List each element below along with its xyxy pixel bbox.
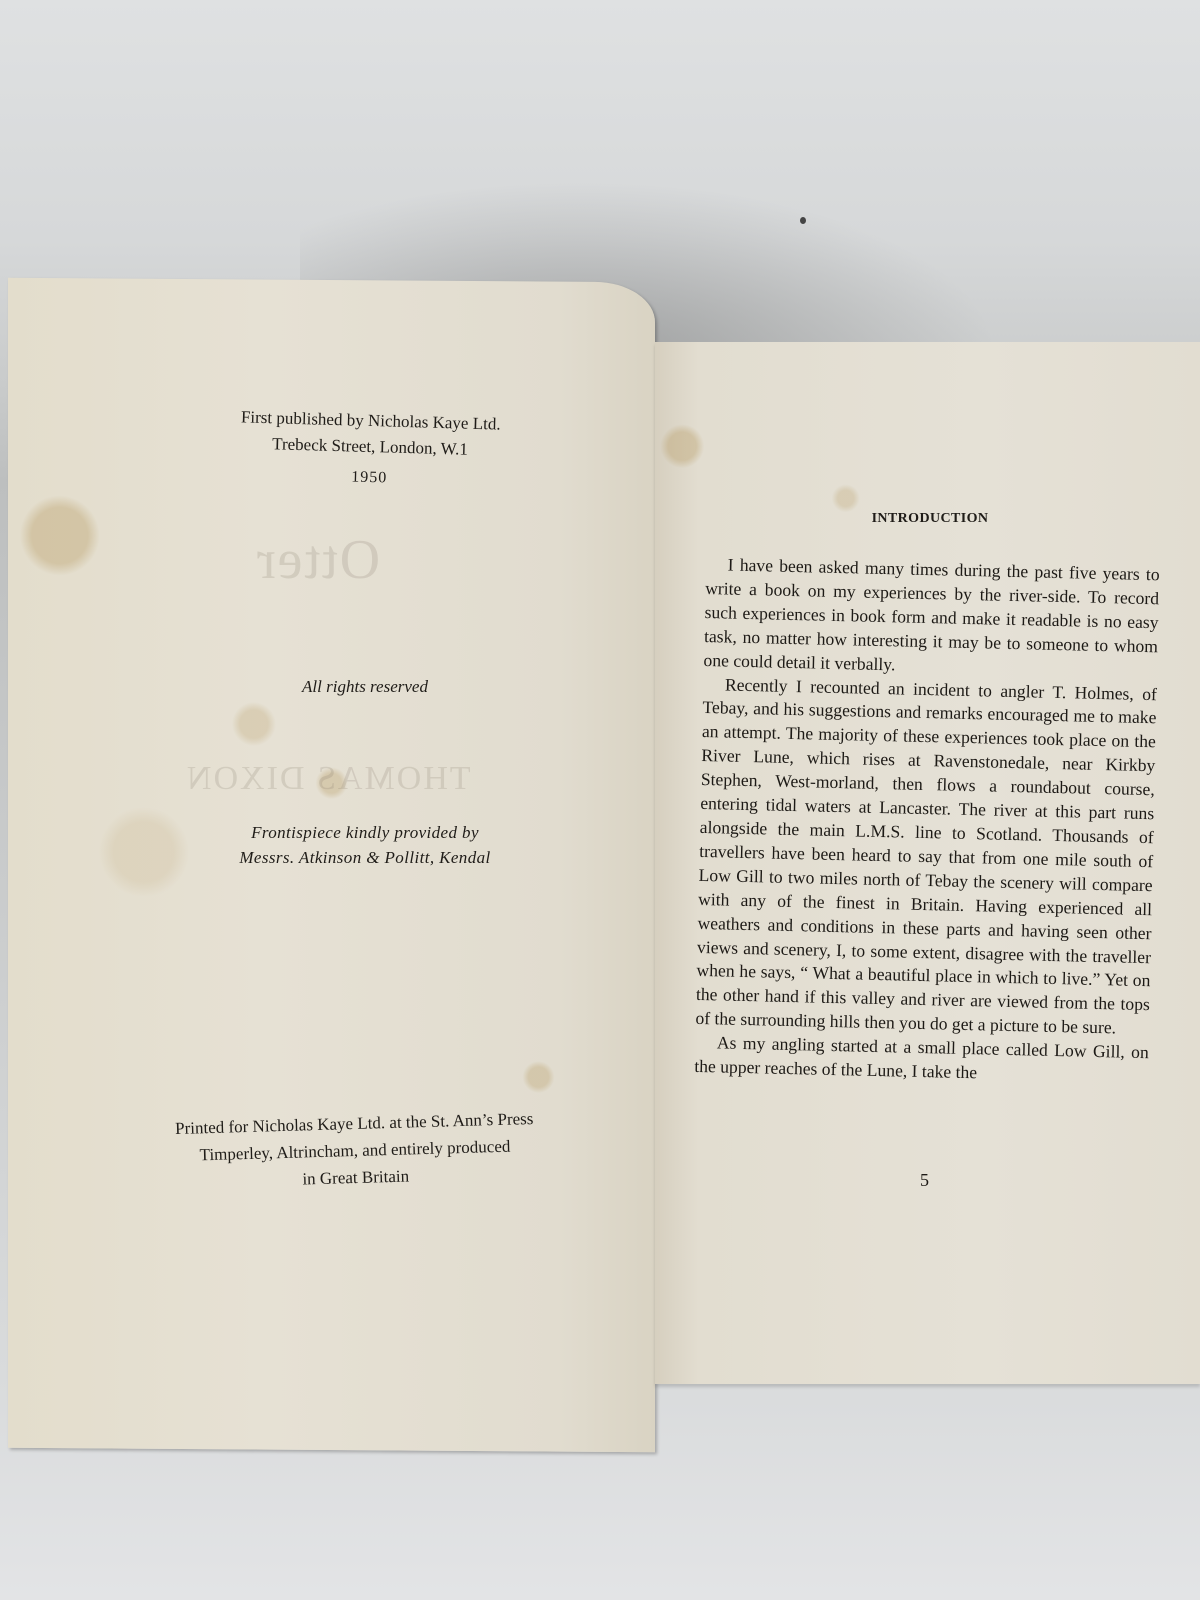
printer-imprint: Printed for Nicholas Kaye Ltd. at the St… xyxy=(129,1104,581,1198)
paragraph: I have been asked many times during the … xyxy=(703,553,1160,683)
publication-info: First published by Nicholas Kaye Ltd. Tr… xyxy=(214,404,526,496)
frontispiece-credit: Frontispiece kindly provided by Messrs. … xyxy=(200,820,530,870)
show-through-title: Otter xyxy=(255,528,380,592)
introduction-body: I have been asked many times during the … xyxy=(694,553,1160,1089)
dust-speck xyxy=(800,217,806,224)
paragraph: Recently I recounted an incident to angl… xyxy=(695,673,1157,1042)
page-number: 5 xyxy=(920,1170,929,1191)
chapter-heading: INTRODUCTION xyxy=(860,511,1000,527)
frontispiece-line-1: Frontispiece kindly provided by xyxy=(200,820,530,845)
rights-notice: All rights reserved xyxy=(240,677,490,697)
show-through-author: THOMAS DIXON xyxy=(185,760,471,798)
frontispiece-line-2: Messrs. Atkinson & Pollitt, Kendal xyxy=(200,845,530,870)
